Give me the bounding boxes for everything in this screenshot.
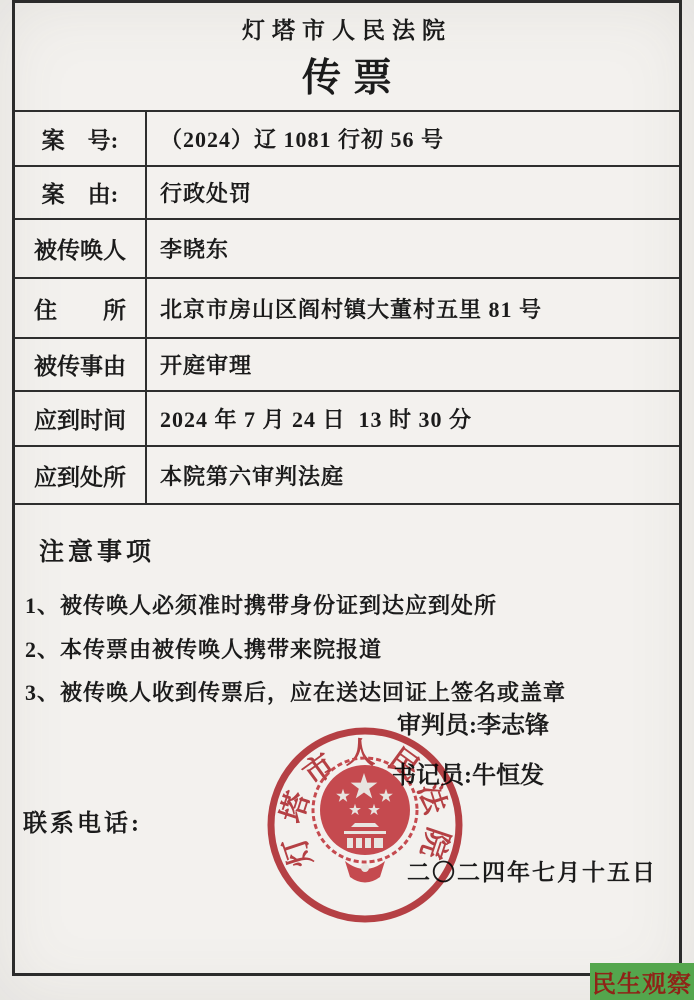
row-value-case-number: （2024）辽 1081 行初 56 号 (147, 110, 679, 165)
row-label-summoned-person: 被传唤人 (15, 218, 147, 277)
scanned-summons-page: 灯塔市人民法院 传票 案 号: （2024）辽 1081 行初 56 号 案 由… (0, 0, 694, 1000)
notes-heading: 注意事项 (39, 537, 155, 568)
row-value-arrival-place: 本院第六审判法庭 (147, 445, 679, 503)
row-label-address: 住 所 (15, 277, 147, 337)
row-label-case-number: 案 号: (15, 110, 147, 165)
row-label-arrival-place: 应到处所 (15, 445, 147, 503)
note-item-2: 2、本传票由被传唤人携带来院报道 (25, 636, 382, 664)
row-value-summoned-person: 李晓东 (147, 218, 679, 277)
court-seal: 灯塔市人民法院 (265, 725, 465, 925)
row-value-arrival-time: 2024 年 7 月 24 日 13 时 30 分 (147, 390, 679, 445)
row-value-reason: 开庭审理 (147, 337, 679, 390)
document-border: 灯塔市人民法院 传票 案 号: （2024）辽 1081 行初 56 号 案 由… (12, 0, 682, 976)
document-title: 传票 (15, 47, 679, 103)
row-label-cause: 案 由: (15, 165, 147, 218)
summons-table: 案 号: （2024）辽 1081 行初 56 号 案 由: 行政处罚 被传唤人… (15, 110, 679, 505)
watermark-badge: 民生观察 (590, 963, 694, 1000)
note-item-1: 1、被传唤人必须准时携带身份证到达应到处所 (25, 592, 497, 620)
row-label-reason: 被传事由 (15, 337, 147, 390)
row-value-cause: 行政处罚 (147, 165, 679, 218)
note-item-3: 3、被传唤人收到传票后，应在送达回证上签名或盖章 (25, 679, 566, 707)
row-value-address: 北京市房山区阎村镇大董村五里 81 号 (147, 277, 679, 337)
row-label-arrival-time: 应到时间 (15, 390, 147, 445)
contact-phone-label: 联系电话: (23, 809, 142, 839)
court-name: 灯塔市人民法院 (15, 12, 679, 45)
